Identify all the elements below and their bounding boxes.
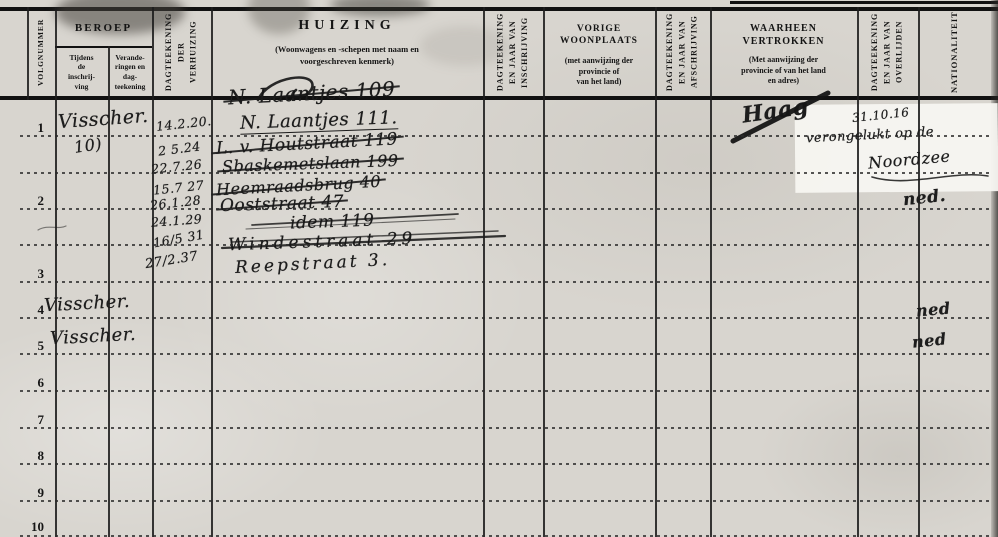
grid-dotted-line	[20, 172, 991, 174]
col-header-dagteekening-inschrijving: DAGTEEKENING EN JAAR VAN INSCHRIJVING	[483, 10, 543, 94]
grid-dotted-line	[20, 427, 991, 429]
col-header-dagteekening-verhuizing: DAGTEEKENING DER VERHUIZING	[152, 10, 211, 94]
col-subheader-beroep-veranderingen: Verande- ringen en dag- teekening	[108, 50, 152, 94]
ink-smudge	[330, 0, 430, 16]
col-header-huizing-title: HUIZING	[211, 16, 483, 36]
col-header-waarheen-subtitle: (Met aanwijzing der provincie of van het…	[710, 53, 857, 89]
handwriting-date: 2 5.24	[157, 138, 201, 158]
grid-vertical-line	[655, 7, 657, 537]
grid-vertical-line	[483, 7, 485, 537]
row-number: 6	[18, 375, 44, 391]
row-number: 5	[18, 338, 44, 354]
col-header-dagteekening-overlijden: DAGTEEKENING EN JAAR VAN OVERLIJDEN	[857, 10, 918, 94]
row-number: 10	[18, 519, 44, 535]
grid-vertical-line	[918, 7, 920, 537]
handwriting-nationality: ned	[911, 329, 947, 352]
row-number: 1	[18, 120, 44, 136]
grid-vertical-line	[211, 7, 213, 537]
col-header-vorige-woonplaats-title: VORIGE WOONPLAATS	[543, 22, 655, 48]
register-page: VOLGNUMMER BEROEP Tijdens de inschrij- v…	[0, 0, 998, 537]
col-header-dagteekening-afschrijving: DAGTEEKENING EN JAAR VAN AFSCHRIJVING	[655, 10, 710, 94]
handwriting-address: N. Laantjes 109	[227, 77, 395, 110]
grid-dotted-line	[20, 244, 991, 246]
beroep-subheader-rule	[55, 46, 152, 48]
col-header-waarheen-title: WAARHEEN VERTROKKEN	[710, 22, 857, 48]
handwriting-beroep-row5: Visscher.	[50, 324, 137, 349]
grid-vertical-line	[857, 7, 859, 537]
handwriting-date: 16/5 31	[152, 227, 205, 251]
grid-dotted-line	[20, 281, 991, 283]
header-bottom-rule	[0, 96, 998, 100]
row-number: 3	[18, 266, 44, 282]
grid-dotted-line	[20, 390, 991, 392]
grid-vertical-line	[55, 7, 57, 537]
row-number: 7	[18, 412, 44, 428]
grid-dotted-line	[20, 135, 991, 137]
row-number: 8	[18, 448, 44, 464]
row-number: 9	[18, 485, 44, 501]
col-header-huizing-subtitle: (Woonwagens en -schepen met naam en voor…	[211, 42, 483, 70]
top-border-rule-secondary	[730, 1, 998, 4]
grid-vertical-line	[152, 7, 154, 537]
row-number: 2	[18, 193, 44, 209]
handwriting-beroep-annotation: 10)	[73, 134, 103, 157]
handwriting-beroep-row1: Visscher.	[57, 105, 149, 133]
col-header-volgnummer: VOLGNUMMER	[27, 10, 55, 94]
col-subheader-beroep-tijdens: Tijdens de inschrij- ving	[55, 50, 108, 94]
handwriting-date: 14.2.20.	[155, 113, 212, 134]
grid-vertical-line	[543, 7, 545, 537]
grid-dotted-line	[20, 463, 991, 465]
handwriting-nationality: ned.	[902, 186, 947, 210]
row-number: 4	[18, 302, 44, 318]
grid-dotted-line	[20, 500, 991, 502]
scan-edge-shadow	[991, 0, 998, 537]
grid-dotted-line	[20, 353, 991, 355]
col-header-vorige-woonplaats-subtitle: (met aanwijzing der provincie of van het…	[543, 54, 655, 90]
col-header-nationaliteit: NATIONALITEIT	[918, 10, 991, 94]
grid-vertical-line	[710, 7, 712, 537]
grid-dotted-line	[20, 317, 991, 319]
grid-dotted-line	[20, 208, 991, 210]
col-header-beroep: BEROEP	[55, 13, 152, 43]
